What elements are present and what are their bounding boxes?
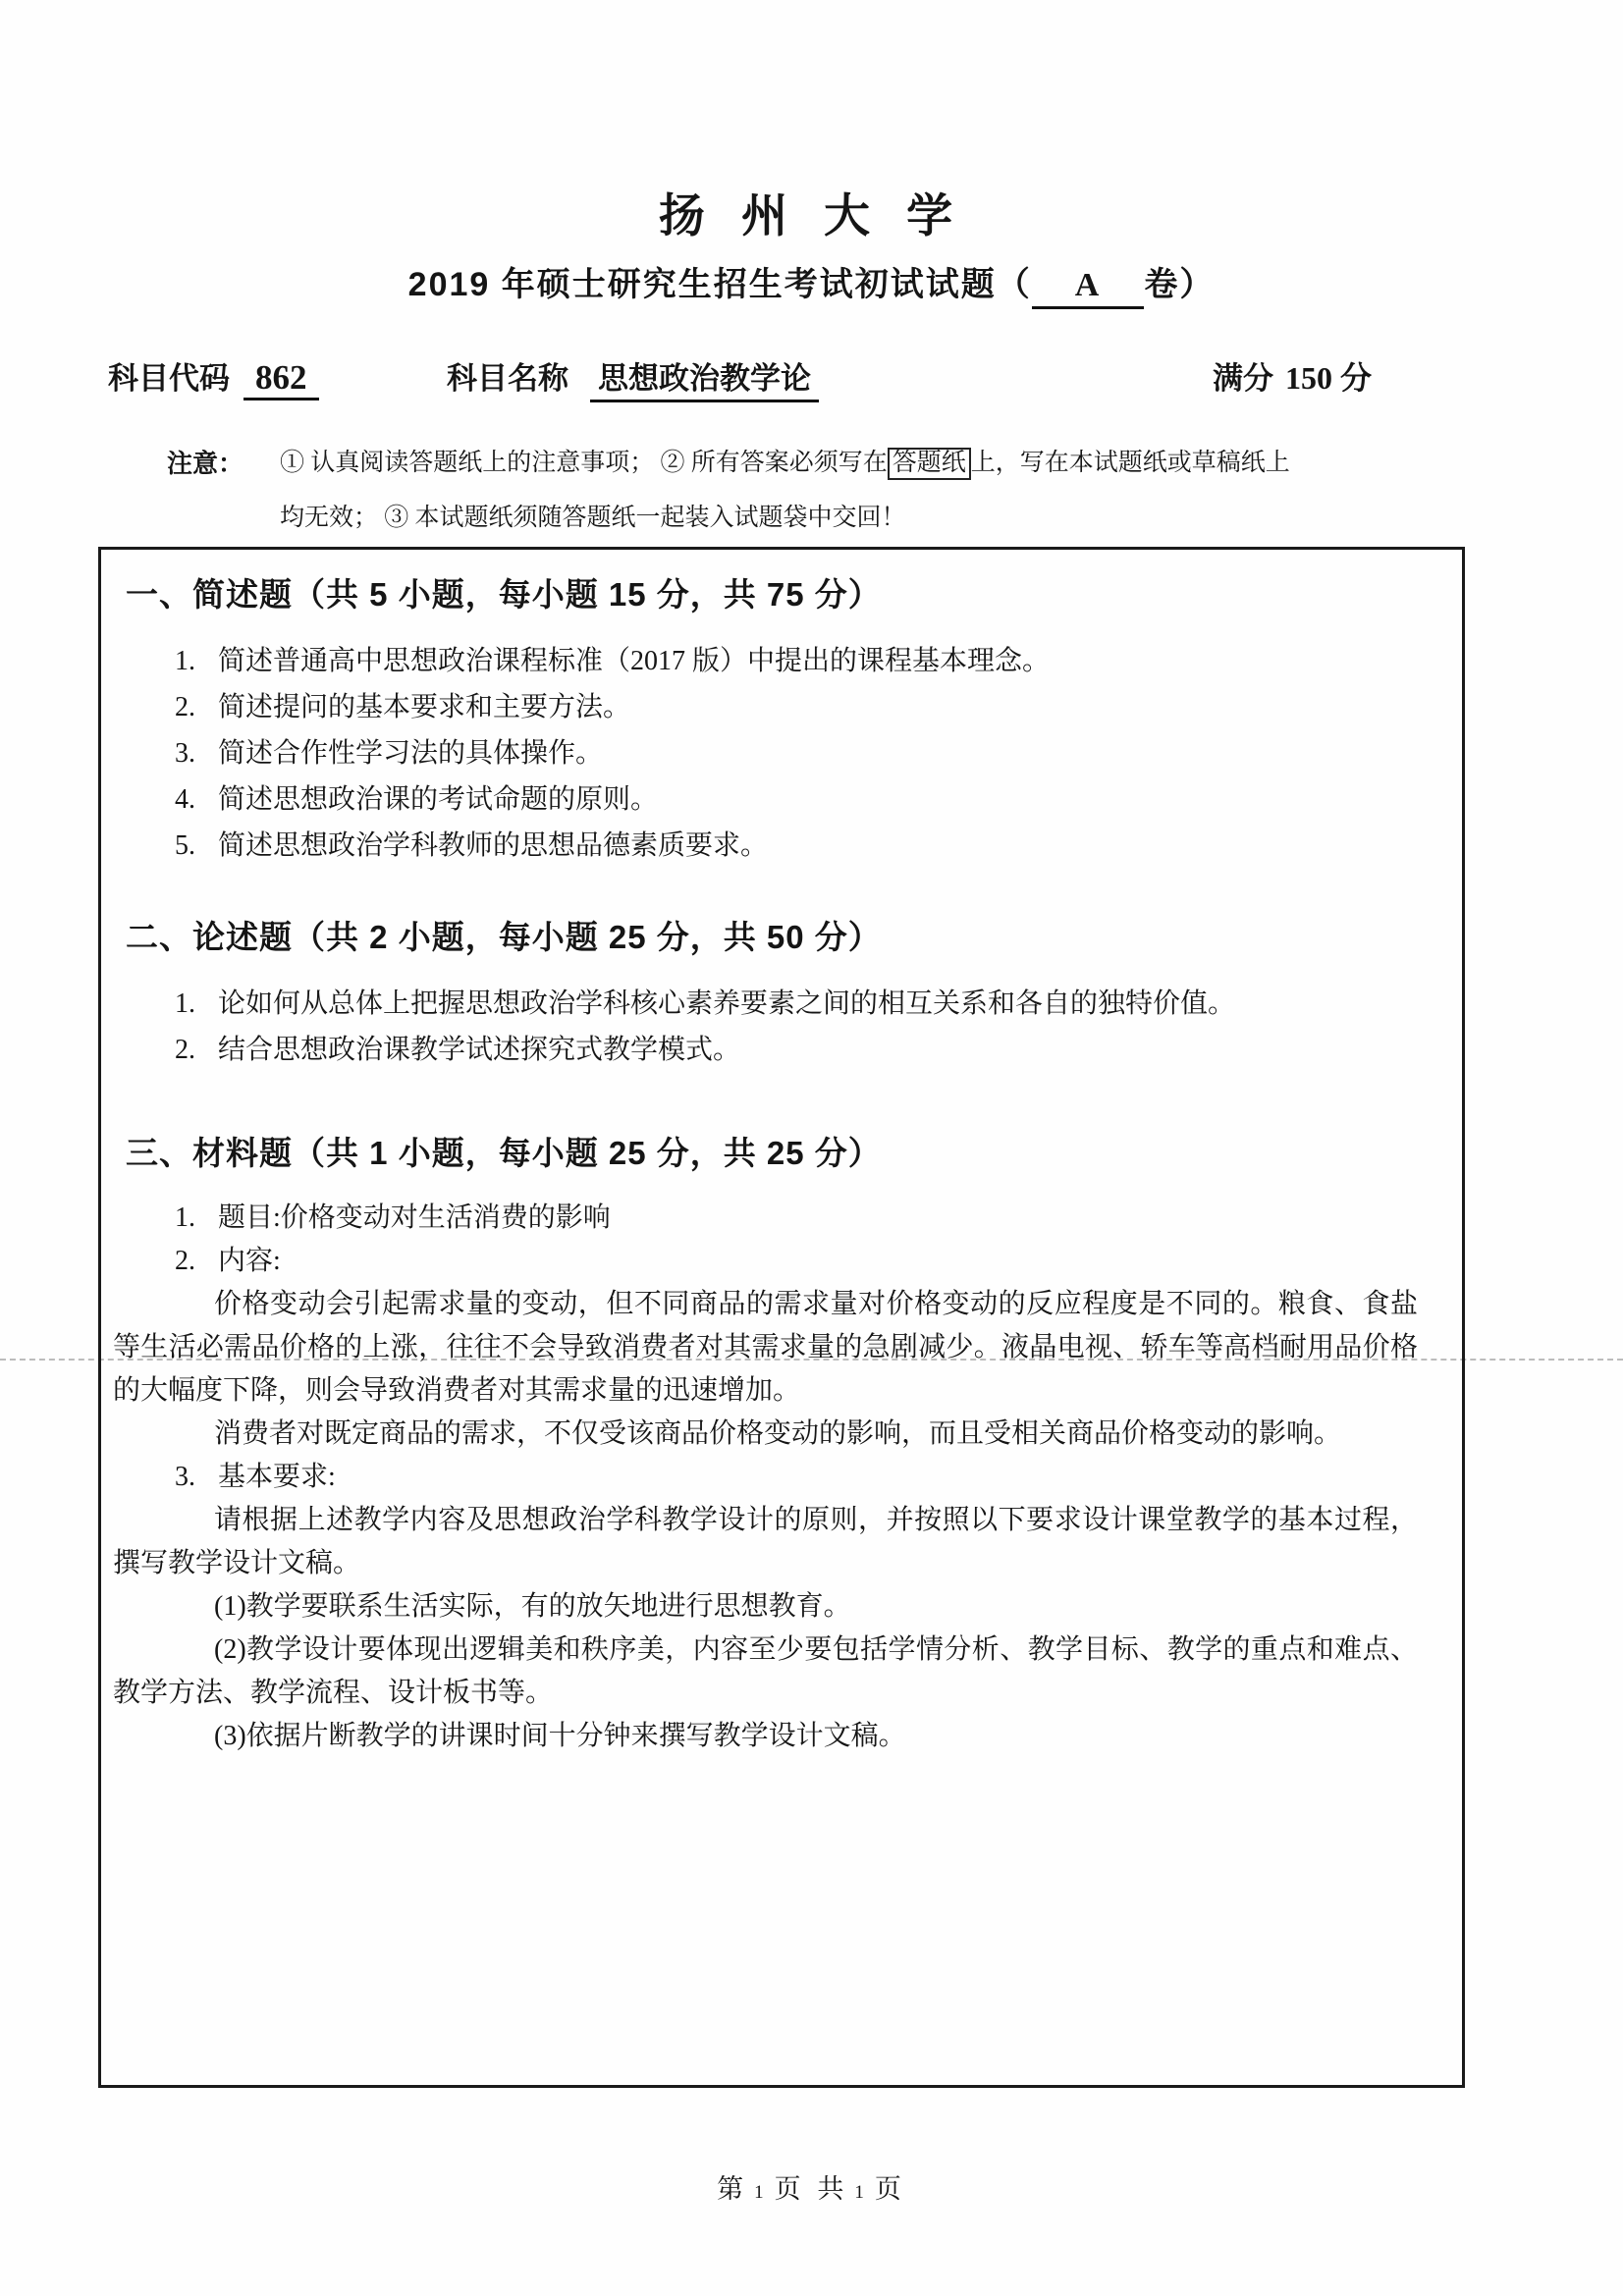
question-text: 简述思想政治学科教师的思想品德素质要求。: [218, 823, 768, 869]
footer-middle: 页 共: [775, 2174, 849, 2204]
material-paragraph: 消费者对既定商品的需求，不仅受该商品价格变动的影响，而且受相关商品价格变动的影响…: [113, 1413, 1418, 1456]
requirement-intro-paragraph: 请根据上述教学内容及思想政治学科教学设计的原则，并按照以下要求设计课堂教学的基本…: [113, 1499, 1418, 1585]
section-2-heading: 二、论述题（共 2 小题，每小题 25 分，共 50 分）: [126, 918, 1418, 957]
notice-line-1: 注意： ① 认真阅读答题纸上的注意事项； ② 所有答案必须写在答题纸上，写在本试…: [167, 447, 1473, 480]
question-item: 1. 简述普通高中思想政治课程标准（2017 版）中提出的课程基本理念。: [175, 638, 1418, 684]
question-item: 1. 论如何从总体上把握思想政治学科核心素养要素之间的相互关系和各自的独特价值。: [175, 981, 1418, 1027]
material-paragraph: 价格变动会引起需求量的变动，但不同商品的需求量对价格变动的反应程度是不同的。粮食…: [113, 1283, 1418, 1413]
footer-prefix: 第: [717, 2174, 748, 2204]
question-text: 简述普通高中思想政治课程标准（2017 版）中提出的课程基本理念。: [218, 638, 1050, 684]
material-content-item: 2. 内容:: [175, 1240, 1418, 1283]
question-number: 3.: [175, 1456, 218, 1499]
subject-code-value: 862: [243, 358, 319, 400]
subject-code-group: 科目代码862: [108, 353, 319, 398]
question-number: 3.: [175, 730, 218, 776]
question-number: 5.: [175, 823, 218, 869]
section-essay-questions: 二、论述题（共 2 小题，每小题 25 分，共 50 分） 1. 论如何从总体上…: [101, 918, 1418, 1073]
question-item: 5. 简述思想政治学科教师的思想品德素质要求。: [175, 823, 1418, 869]
full-score-group: 满分150 分: [1213, 353, 1372, 399]
section-material-question: 三、材料题（共 1 小题，每小题 25 分，共 25 分） 1. 题目:价格变动…: [101, 1134, 1418, 1758]
notice-label: 注意：: [167, 447, 280, 480]
question-number: 2.: [175, 1240, 218, 1283]
question-text: 简述提问的基本要求和主要方法。: [218, 684, 630, 730]
section-2-question-list: 1. 论如何从总体上把握思想政治学科核心素养要素之间的相互关系和各自的独特价值。…: [101, 981, 1418, 1073]
question-text: 论如何从总体上把握思想政治学科核心素养要素之间的相互关系和各自的独特价值。: [218, 981, 1235, 1027]
section-3-item-list: 1. 题目:价格变动对生活消费的影响 2. 内容:: [101, 1197, 1418, 1283]
question-text: 结合思想政治课教学试述探究式教学模式。: [218, 1027, 740, 1073]
subject-code-label: 科目代码: [108, 361, 230, 396]
page-footer: 第1页 共1页: [0, 2167, 1623, 2206]
footer-suffix: 页: [875, 2174, 906, 2204]
exam-title: 2019 年硕士研究生招生考试初试试题（A卷）: [0, 257, 1623, 309]
section-3-heading: 三、材料题（共 1 小题，每小题 25 分，共 25 分）: [126, 1134, 1418, 1173]
subject-name-label: 科目名称: [447, 361, 568, 396]
paper-letter-blank: A: [1032, 267, 1145, 309]
university-title: 扬 州 大 学: [0, 180, 1623, 245]
notice-block: 注意： ① 认真阅读答题纸上的注意事项； ② 所有答案必须写在答题纸上，写在本试…: [167, 447, 1473, 535]
section-brief-questions: 一、简述题（共 5 小题，每小题 15 分，共 75 分） 1. 简述普通高中思…: [101, 575, 1418, 869]
section-1-question-list: 1. 简述普通高中思想政治课程标准（2017 版）中提出的课程基本理念。 2. …: [101, 638, 1418, 869]
requirement-item: (3)依据片断教学的讲课时间十分钟来撰写教学设计文稿。: [113, 1715, 1418, 1758]
subject-name-value: 思想政治教学论: [590, 361, 819, 402]
notice-line-1-text: ① 认真阅读答题纸上的注意事项； ② 所有答案必须写在答题纸上，写在本试题纸或草…: [280, 447, 1290, 480]
material-topic-item: 1. 题目:价格变动对生活消费的影响: [175, 1197, 1418, 1240]
notice-item-1-and-2-start: ① 认真阅读答题纸上的注意事项； ② 所有答案必须写在: [280, 450, 888, 476]
question-item: 2. 简述提问的基本要求和主要方法。: [175, 684, 1418, 730]
main-content-box: 一、简述题（共 5 小题，每小题 15 分，共 75 分） 1. 简述普通高中思…: [98, 547, 1465, 2088]
footer-total-pages: 1: [848, 2182, 875, 2203]
question-text: 简述思想政治课的考试命题的原则。: [218, 776, 658, 823]
material-topic-text: 题目:价格变动对生活消费的影响: [218, 1197, 611, 1240]
question-number: 1.: [175, 981, 218, 1027]
requirement-item: (1)教学要联系生活实际，有的放矢地进行思想教育。: [113, 1585, 1418, 1629]
section-1-heading: 一、简述题（共 5 小题，每小题 15 分，共 75 分）: [126, 575, 1418, 614]
notice-item-2-end: 上，写在本试题纸或草稿纸上: [971, 450, 1290, 476]
requirement-item: (2)教学设计要体现出逻辑美和秩序美，内容至少要包括学情分析、教学目标、教学的重…: [113, 1629, 1418, 1715]
question-number: 1.: [175, 1197, 218, 1240]
notice-answer-sheet-term: 答题纸: [888, 448, 971, 480]
material-content-label: 内容:: [218, 1240, 281, 1283]
question-item: 4. 简述思想政治课的考试命题的原则。: [175, 776, 1418, 823]
full-score-value: 150 分: [1285, 360, 1372, 396]
question-number: 4.: [175, 776, 218, 823]
question-text: 简述合作性学习法的具体操作。: [218, 730, 603, 776]
question-number: 2.: [175, 1027, 218, 1073]
exam-title-prefix: 2019 年硕士研究生招生考试初试试题（: [408, 266, 1032, 303]
question-number: 1.: [175, 638, 218, 684]
material-requirements-item: 3. 基本要求:: [175, 1456, 1418, 1499]
footer-page-number: 1: [748, 2182, 775, 2203]
subject-meta-row: 科目代码862 科目名称思想政治教学论 满分150 分: [0, 353, 1623, 412]
notice-line-2: 均无效； ③ 本试题纸须随答题纸一起装入试题袋中交回！: [280, 502, 1473, 535]
subject-name-group: 科目名称思想政治教学论: [447, 353, 819, 398]
question-item: 2. 结合思想政治课教学试述探究式教学模式。: [175, 1027, 1418, 1073]
full-score-label: 满分: [1213, 361, 1273, 396]
question-number: 2.: [175, 684, 218, 730]
exam-title-suffix: 卷）: [1144, 266, 1215, 303]
material-requirements-label: 基本要求:: [218, 1456, 336, 1499]
question-item: 3. 简述合作性学习法的具体操作。: [175, 730, 1418, 776]
